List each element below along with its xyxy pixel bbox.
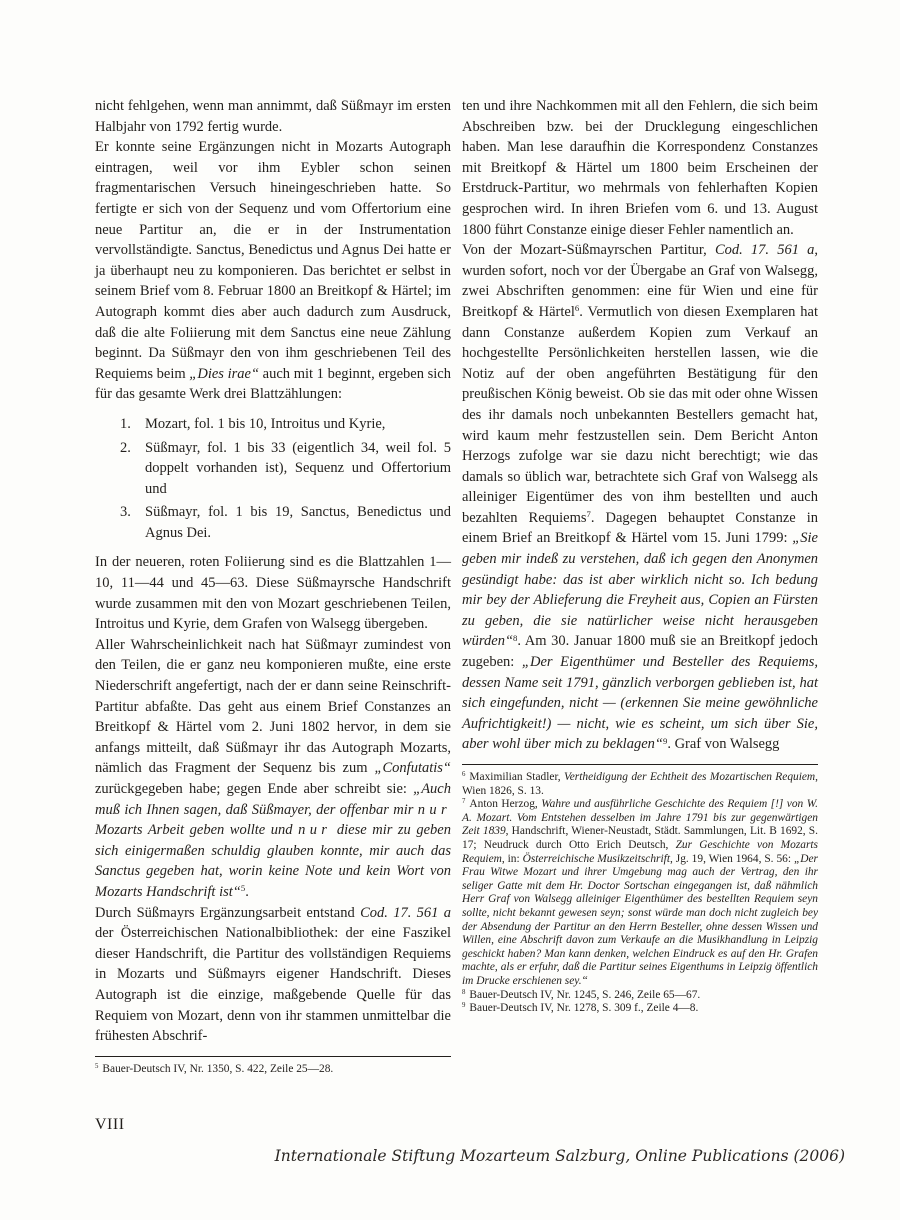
paragraph: Er konnte seine Ergänzungen nicht in Moz… [95, 137, 451, 405]
numbered-list: 1.Mozart, fol. 1 bis 10, Introitus und K… [95, 414, 451, 544]
footnote-mark: 6 [462, 771, 465, 778]
left-footnote-rule [95, 1056, 451, 1057]
text-run: ten und ihre Nachkommen mit all den Fehl… [462, 98, 818, 238]
text-run: Aller Wahrscheinlichkeit nach hat Süßmay… [95, 637, 451, 777]
text-run: Vertheidigung der Echtheit des Mozartisc… [564, 771, 815, 783]
text-run: „Confutatis“ [374, 760, 451, 776]
text-run: „Sie geben mir indeß zu verstehen, daß i… [462, 530, 818, 649]
footnote: 7Anton Herzog, Wahre und ausführliche Ge… [462, 798, 818, 988]
text-run: In der neueren, roten Foliierung sind es… [95, 554, 451, 632]
text-run: Mozart, fol. 1 bis 10, Introitus und Kyr… [145, 416, 385, 432]
scanned-book-page: nicht fehlgehen, wenn man annimmt, daß S… [0, 0, 900, 1220]
list-item-number: 3. [120, 502, 145, 543]
footer-credit: Internationale Stiftung Mozarteum Salzbu… [275, 1147, 845, 1165]
right-footnote-rule [462, 764, 818, 765]
text-run: nicht fehlgehen, wenn man annimmt, daß S… [95, 98, 451, 135]
footnote-reference: 8 [513, 633, 517, 643]
footnote: 8Bauer-Deutsch IV, Nr. 1245, S. 246, Zei… [462, 989, 818, 1003]
left-column-text: nicht fehlgehen, wenn man annimmt, daß S… [95, 96, 451, 1047]
right-column: ten und ihre Nachkommen mit all den Fehl… [462, 96, 818, 1016]
text-run: Bauer-Deutsch IV, Nr. 1245, S. 246, Zeil… [469, 989, 700, 1001]
text-run: Bauer-Deutsch IV, Nr. 1278, S. 309 f., Z… [469, 1002, 698, 1014]
text-run: nur [418, 802, 451, 818]
paragraph: Von der Mozart-Süßmayrschen Partitur, Co… [462, 240, 818, 755]
list-item: 1.Mozart, fol. 1 bis 10, Introitus und K… [120, 414, 451, 435]
paragraph: Durch Süßmayrs Ergänzungsarbeit entstand… [95, 903, 451, 1047]
text-run: Anton Herzog, [469, 798, 541, 810]
text-run: Österreichische Musikzeitschrift [523, 853, 670, 865]
list-item: 3.Süßmayr, fol. 1 bis 19, Sanctus, Bened… [120, 502, 451, 543]
text-run: Maximilian Stadler, [469, 771, 564, 783]
text-run: , Jg. 19, Wien 1964, S. 56: [670, 853, 794, 865]
list-item-text: Süßmayr, fol. 1 bis 33 (eigentlich 34, w… [145, 438, 451, 500]
text-run: . Vermutlich von diesen Exemplaren hat d… [462, 304, 818, 526]
text-run: „Dies irae“ [189, 366, 259, 382]
text-run: Er konnte seine Ergänzungen nicht in Moz… [95, 139, 451, 382]
text-run: „Der Frau Witwe Mozart und ihrer Umgebun… [462, 853, 818, 987]
text-run: , in: [502, 853, 523, 865]
footnote-reference: 5 [241, 883, 245, 893]
paragraph: nicht fehlgehen, wenn man annimmt, daß S… [95, 96, 451, 137]
text-run: Von der Mozart-Süßmayrschen Partitur, [462, 242, 715, 258]
left-column: nicht fehlgehen, wenn man annimmt, daß S… [95, 96, 451, 1076]
footnote-reference: 6 [575, 303, 579, 313]
footnote: 6Maximilian Stadler, Vertheidigung der E… [462, 771, 818, 798]
list-item-number: 1. [120, 414, 145, 435]
paragraph: Aller Wahrscheinlichkeit nach hat Süßmay… [95, 635, 451, 903]
text-run: . Graf von Walsegg [667, 736, 779, 752]
text-run: Durch Süßmayrs Ergänzungsarbeit entstand [95, 905, 360, 921]
text-run: Süßmayr, fol. 1 bis 19, Sanctus, Benedic… [145, 504, 451, 541]
footnote-mark: 7 [462, 798, 465, 805]
list-item-number: 2. [120, 438, 145, 500]
list-item-text: Mozart, fol. 1 bis 10, Introitus und Kyr… [145, 414, 451, 435]
text-run: . [245, 884, 249, 900]
page-number: VIII [95, 1116, 125, 1134]
list-item-text: Süßmayr, fol. 1 bis 19, Sanctus, Benedic… [145, 502, 451, 543]
footnote-mark: 5 [95, 1063, 98, 1070]
text-run: der Österreichischen Nationalbibliothek:… [95, 925, 451, 1044]
text-run: zurückgegeben habe; gegen Ende aber schr… [95, 781, 413, 797]
text-run: Süßmayr, fol. 1 bis 33 (eigentlich 34, w… [145, 440, 451, 497]
left-footnotes: 5Bauer-Deutsch IV, Nr. 1350, S. 422, Zei… [95, 1063, 451, 1077]
footnote-reference: 7 [587, 509, 591, 519]
footnote-mark: 8 [462, 989, 465, 996]
text-run: Bauer-Deutsch IV, Nr. 1350, S. 422, Zeil… [102, 1063, 333, 1075]
right-footnotes: 6Maximilian Stadler, Vertheidigung der E… [462, 771, 818, 1016]
text-run: Cod. 17. 561 a [360, 905, 451, 921]
text-run: nur [298, 822, 331, 838]
text-run: Mozarts Arbeit geben wollte und [95, 822, 298, 838]
right-column-text: ten und ihre Nachkommen mit all den Fehl… [462, 96, 818, 755]
list-item: 2.Süßmayr, fol. 1 bis 33 (eigentlich 34,… [120, 438, 451, 500]
footnote: 9Bauer-Deutsch IV, Nr. 1278, S. 309 f., … [462, 1002, 818, 1016]
footnote-reference: 9 [663, 736, 667, 746]
text-run: Cod. 17. 561 a [715, 242, 814, 258]
paragraph: In der neueren, roten Foliierung sind es… [95, 552, 451, 634]
footnote: 5Bauer-Deutsch IV, Nr. 1350, S. 422, Zei… [95, 1063, 451, 1077]
paragraph: ten und ihre Nachkommen mit all den Fehl… [462, 96, 818, 240]
footnote-mark: 9 [462, 1002, 465, 1009]
